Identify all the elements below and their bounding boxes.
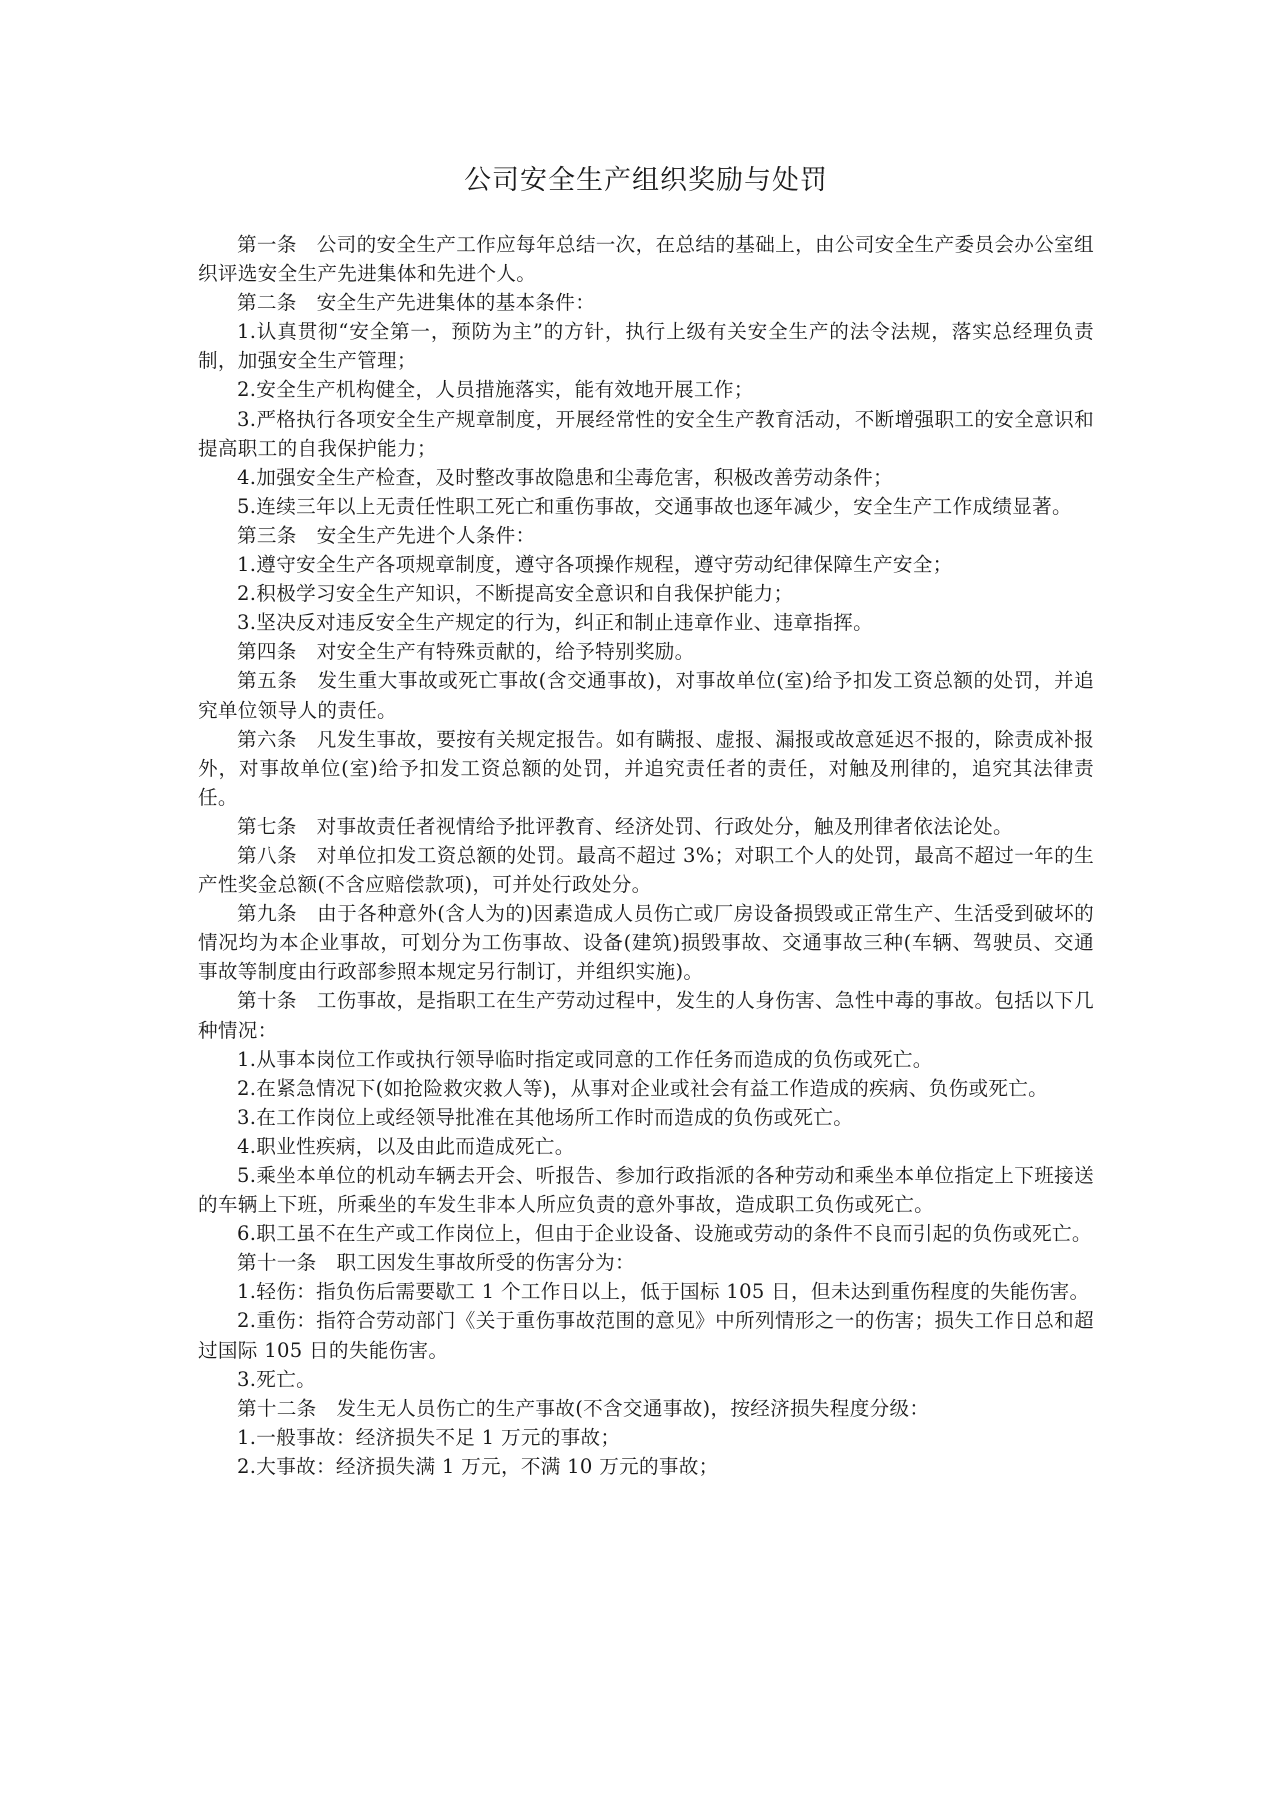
paragraph: 3.严格执行各项安全生产规章制度，开展经常性的安全生产教育活动，不断增强职工的安…: [198, 405, 1094, 463]
paragraph: 2.积极学习安全生产知识，不断提高安全意识和自我保护能力；: [198, 579, 1094, 608]
document-body: 第一条 公司的安全生产工作应每年总结一次，在总结的基础上，由公司安全生产委员会办…: [198, 230, 1094, 1481]
document-title: 公司安全生产组织奖励与处罚: [198, 158, 1094, 197]
paragraph: 3.在工作岗位上或经领导批准在其他场所工作时而造成的负伤或死亡。: [198, 1103, 1094, 1132]
paragraph: 1.遵守安全生产各项规章制度，遵守各项操作规程，遵守劳动纪律保障生产安全；: [198, 550, 1094, 579]
paragraph: 1.轻伤：指负伤后需要歇工 1 个工作日以上，低于国标 105 日，但未达到重伤…: [198, 1277, 1094, 1306]
paragraph: 3.死亡。: [198, 1365, 1094, 1394]
paragraph: 第四条 对安全生产有特殊贡献的，给予特别奖励。: [198, 637, 1094, 666]
paragraph: 第一条 公司的安全生产工作应每年总结一次，在总结的基础上，由公司安全生产委员会办…: [198, 230, 1094, 288]
paragraph: 2.在紧急情况下(如抢险救灾救人等)，从事对企业或社会有益工作造成的疾病、负伤或…: [198, 1074, 1094, 1103]
paragraph: 4.加强安全生产检查，及时整改事故隐患和尘毒危害，积极改善劳动条件；: [198, 463, 1094, 492]
paragraph: 第八条 对单位扣发工资总额的处罚。最高不超过 3%；对职工个人的处罚，最高不超过…: [198, 841, 1094, 899]
paragraph: 第十二条 发生无人员伤亡的生产事故(不含交通事故)，按经济损失程度分级：: [198, 1394, 1094, 1423]
paragraph: 5.连续三年以上无责任性职工死亡和重伤事故，交通事故也逐年减少，安全生产工作成绩…: [198, 492, 1094, 521]
paragraph: 1.认真贯彻“安全第一，预防为主”的方针，执行上级有关安全生产的法令法规，落实总…: [198, 317, 1094, 375]
paragraph: 1.从事本岗位工作或执行领导临时指定或同意的工作任务而造成的负伤或死亡。: [198, 1045, 1094, 1074]
paragraph: 1.一般事故：经济损失不足 1 万元的事故；: [198, 1423, 1094, 1452]
paragraph: 第二条 安全生产先进集体的基本条件：: [198, 288, 1094, 317]
paragraph: 6.职工虽不在生产或工作岗位上，但由于企业设备、设施或劳动的条件不良而引起的负伤…: [198, 1219, 1094, 1248]
paragraph: 第五条 发生重大事故或死亡事故(含交通事故)，对事故单位(室)给予扣发工资总额的…: [198, 666, 1094, 724]
paragraph: 第九条 由于各种意外(含人为的)因素造成人员伤亡或厂房设备损毁或正常生产、生活受…: [198, 899, 1094, 986]
paragraph: 第七条 对事故责任者视情给予批评教育、经济处罚、行政处分，触及刑律者依法论处。: [198, 812, 1094, 841]
paragraph: 2.安全生产机构健全，人员措施落实，能有效地开展工作；: [198, 375, 1094, 404]
paragraph: 3.坚决反对违反安全生产规定的行为，纠正和制止违章作业、违章指挥。: [198, 608, 1094, 637]
paragraph: 第三条 安全生产先进个人条件：: [198, 521, 1094, 550]
paragraph: 第十一条 职工因发生事故所受的伤害分为：: [198, 1248, 1094, 1277]
paragraph: 第六条 凡发生事故，要按有关规定报告。如有瞒报、虚报、漏报或故意延迟不报的，除责…: [198, 725, 1094, 812]
paragraph: 5.乘坐本单位的机动车辆去开会、听报告、参加行政指派的各种劳动和乘坐本单位指定上…: [198, 1161, 1094, 1219]
paragraph: 2.重伤：指符合劳动部门《关于重伤事故范围的意见》中所列情形之一的伤害；损失工作…: [198, 1306, 1094, 1364]
paragraph: 4.职业性疾病，以及由此而造成死亡。: [198, 1132, 1094, 1161]
paragraph: 2.大事故：经济损失满 1 万元，不满 10 万元的事故；: [198, 1452, 1094, 1481]
paragraph: 第十条 工伤事故，是指职工在生产劳动过程中，发生的人身伤害、急性中毒的事故。包括…: [198, 986, 1094, 1044]
